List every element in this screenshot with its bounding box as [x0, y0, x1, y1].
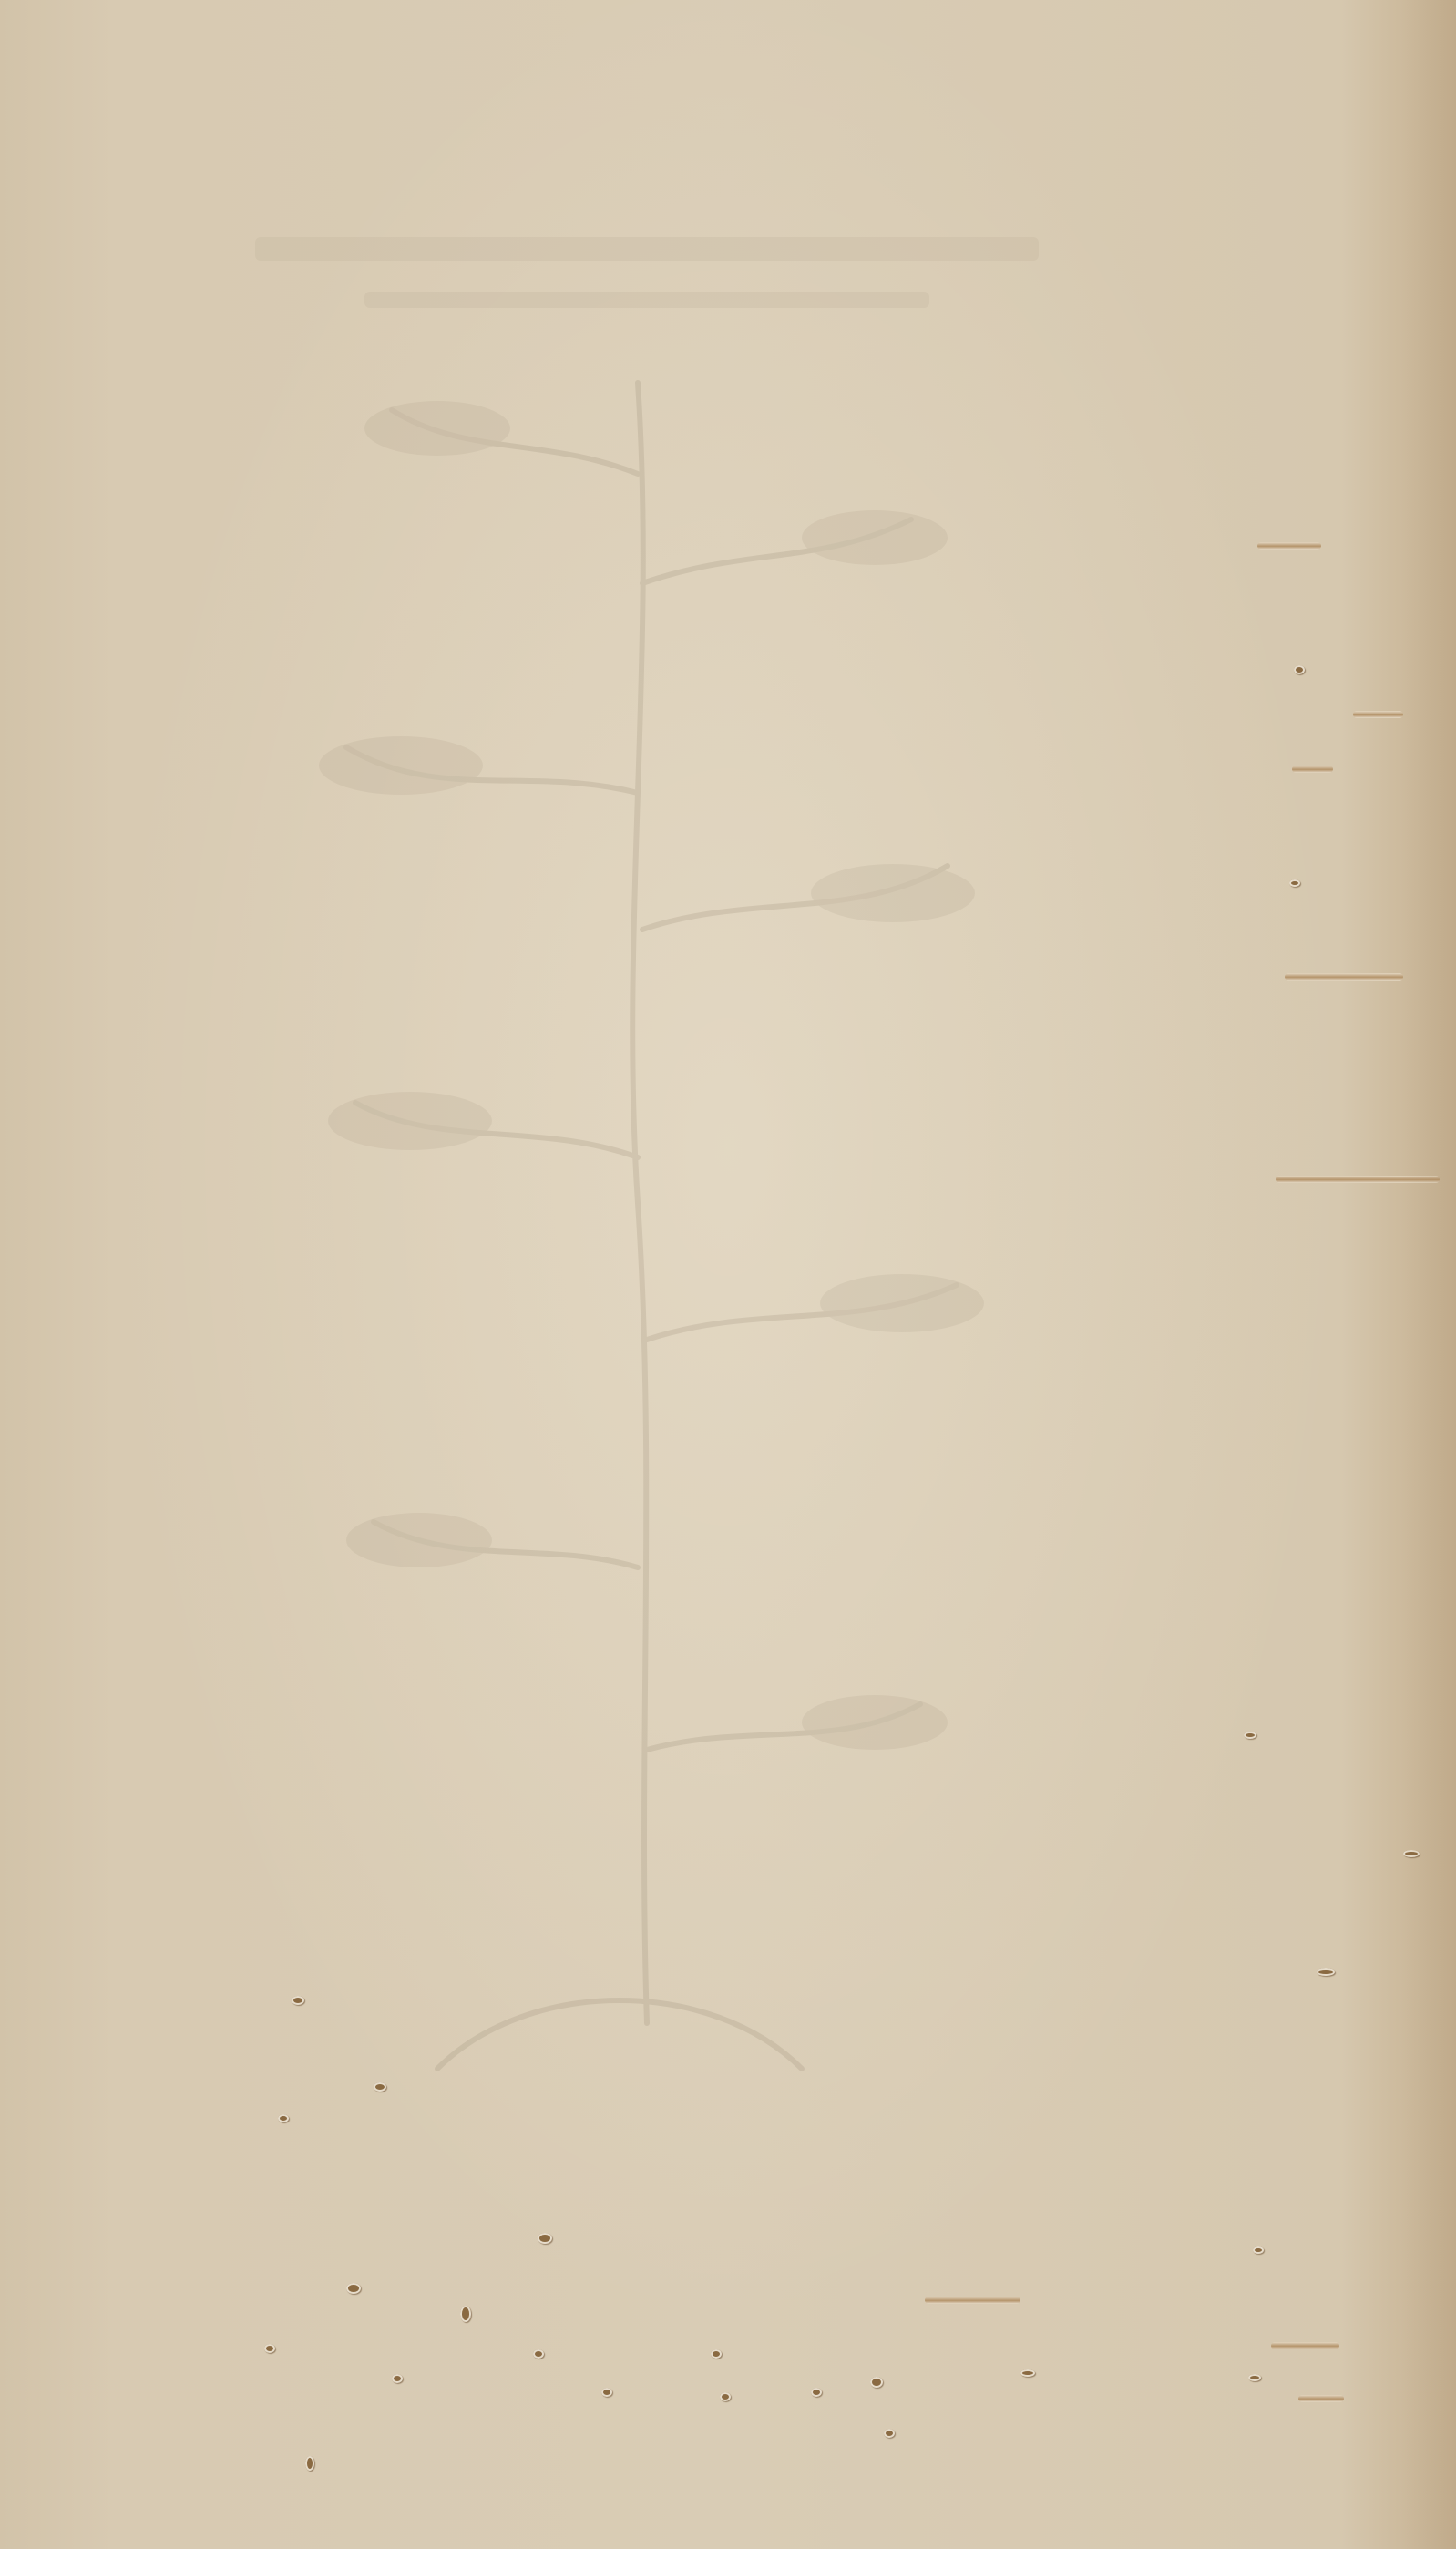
wormhole — [1253, 2246, 1264, 2254]
wormhole — [1317, 1968, 1335, 1976]
wormhole — [601, 2388, 612, 2397]
wormhole — [711, 2349, 722, 2359]
wormhole — [870, 2377, 883, 2388]
wormhole — [264, 2344, 275, 2353]
wormhole — [538, 2233, 552, 2244]
wormhole — [374, 2082, 386, 2092]
wormhole — [1289, 879, 1300, 887]
worm-track — [925, 2297, 1020, 2304]
worm-track — [1271, 2342, 1339, 2349]
worm-track — [1353, 711, 1403, 718]
wormhole — [884, 2429, 895, 2438]
worm-track — [1298, 2395, 1344, 2402]
wormhole — [720, 2392, 731, 2401]
worm-track — [1285, 973, 1403, 981]
worm-track — [1292, 766, 1333, 773]
wormhole — [460, 2306, 471, 2322]
wormhole — [1020, 2369, 1035, 2377]
wormhole — [1244, 1732, 1256, 1739]
botanical-showthrough — [164, 200, 1130, 2205]
blank-page — [0, 0, 1456, 2549]
wormhole — [346, 2283, 361, 2294]
wormhole — [533, 2349, 544, 2359]
page-edge-shadow — [1401, 0, 1456, 2549]
wormhole — [292, 1996, 304, 2005]
wormhole — [278, 2114, 289, 2122]
wormhole — [1248, 2374, 1261, 2381]
wormhole — [811, 2388, 822, 2397]
wormhole — [305, 2456, 314, 2471]
wormhole — [1294, 665, 1305, 674]
worm-track — [1257, 542, 1321, 550]
caption-showthrough — [474, 2205, 485, 2236]
wormhole — [392, 2374, 403, 2383]
